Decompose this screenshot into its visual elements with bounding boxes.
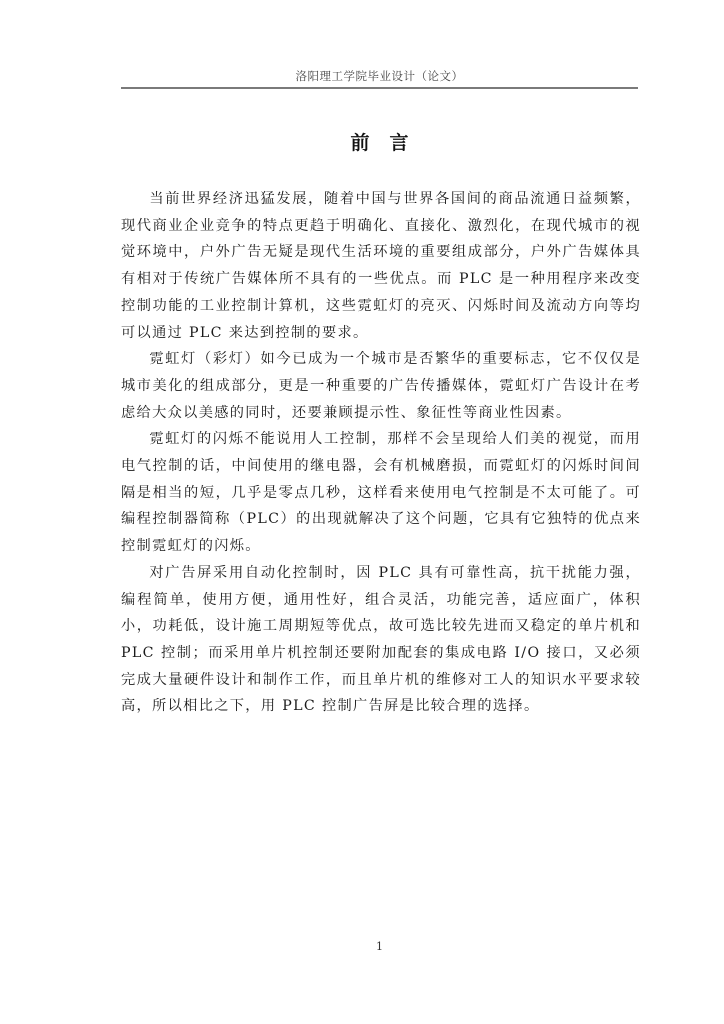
paragraph: 霓虹灯（彩灯）如今已成为一个城市是否繁华的重要标志，它不仅仅是城市美化的组成部分… [121,346,641,426]
paragraph: 霓虹灯的闪烁不能说用人工控制，那样不会呈现给人们美的视觉，而用电气控制的话，中间… [121,426,641,560]
paragraph: 当前世界经济迅猛发展，随着中国与世界各国间的商品流通日益频繁，现代商业企业竞争的… [121,186,641,346]
paragraph: 对广告屏采用自动化控制时，因 PLC 具有可靠性高，抗干扰能力强，编程简单，使用… [121,560,641,720]
section-title: 前言 [121,128,638,155]
page-header: 洛阳理工学院毕业设计（论文） [121,68,638,84]
header-divider [121,87,638,89]
body-text: 当前世界经济迅猛发展，随着中国与世界各国间的商品流通日益频繁，现代商业企业竞争的… [121,186,641,720]
page-number: 1 [121,940,638,953]
